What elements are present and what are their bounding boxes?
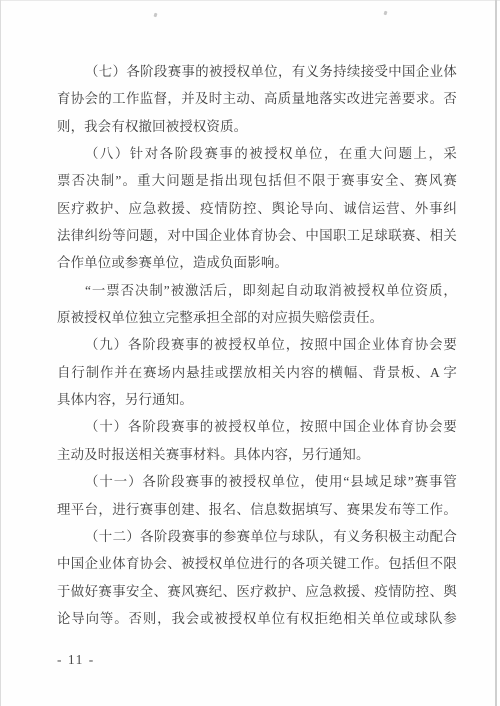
scanned-document-page: （七）各阶段赛事的被授权单位，有义务持续接受中国企业体育协会的工作监督，并及时主… bbox=[0, 0, 500, 706]
text-line: 法律纠纷等问题，对中国企业体育协会、中国职工足球联赛、相关 bbox=[57, 222, 457, 249]
text-line: 票否决制”。重大问题是指出现包括但不限于赛事安全、赛风赛纪、 bbox=[57, 167, 457, 194]
text-line: 自行制作并在赛场内悬挂或摆放相关内容的横幅、背景板、A 字板。 bbox=[57, 359, 457, 386]
text-line: 具体内容，另行通知。 bbox=[57, 386, 457, 413]
text-line: 合作单位或参赛单位，造成负面影响。 bbox=[57, 249, 457, 276]
text-line: 医疗救护、应急救援、疫情防控、舆论导向、诚信运营、外事纠纷、 bbox=[57, 195, 457, 222]
text-line: 主动及时报送相关赛事材料。具体内容，另行通知。 bbox=[57, 441, 457, 468]
text-line: 育协会的工作监督，并及时主动、高质量地落实改进完善要求。否 bbox=[57, 85, 457, 112]
text-line: 中国企业体育协会、被授权单位进行的各项关键工作。包括但不限 bbox=[57, 550, 457, 577]
text-line: （九）各阶段赛事的被授权单位，按照中国企业体育协会要求， bbox=[57, 331, 457, 358]
text-line: 论导向等。否则，我会或被授权单位有权拒绝相关单位或球队参赛。 bbox=[57, 605, 457, 632]
text-line: 则，我会有权撤回被授权资质。 bbox=[57, 113, 457, 140]
scan-edge-left bbox=[0, 0, 1, 706]
document-body: （七）各阶段赛事的被授权单位，有义务持续接受中国企业体育协会的工作监督，并及时主… bbox=[57, 58, 457, 632]
text-line: “一票否决制”被激活后，即刻起自动取消被授权单位资质， bbox=[57, 277, 457, 304]
scan-speck bbox=[153, 13, 157, 18]
text-line: （十）各阶段赛事的被授权单位，按照中国企业体育协会要求， bbox=[57, 413, 457, 440]
text-line: 于做好赛事安全、赛风赛纪、医疗救护、应急救援、疫情防控、舆 bbox=[57, 578, 457, 605]
scan-edge-right bbox=[495, 0, 497, 706]
text-line: 理平台，进行赛事创建、报名、信息数据填写、赛果发布等工作。 bbox=[57, 496, 457, 523]
text-line: （十二）各阶段赛事的参赛单位与球队，有义务积极主动配合 bbox=[57, 523, 457, 550]
text-line: 原被授权单位独立完整承担全部的对应损失赔偿责任。 bbox=[57, 304, 457, 331]
text-line: （八）针对各阶段赛事的被授权单位，在重大问题上，采用“一 bbox=[57, 140, 457, 167]
scan-edge-top bbox=[0, 0, 500, 1]
scan-speck bbox=[383, 11, 387, 16]
text-line: （十一）各阶段赛事的被授权单位，使用“县域足球”赛事管 bbox=[57, 468, 457, 495]
text-line: （七）各阶段赛事的被授权单位，有义务持续接受中国企业体 bbox=[57, 58, 457, 85]
page-number: - 11 - bbox=[57, 650, 95, 670]
